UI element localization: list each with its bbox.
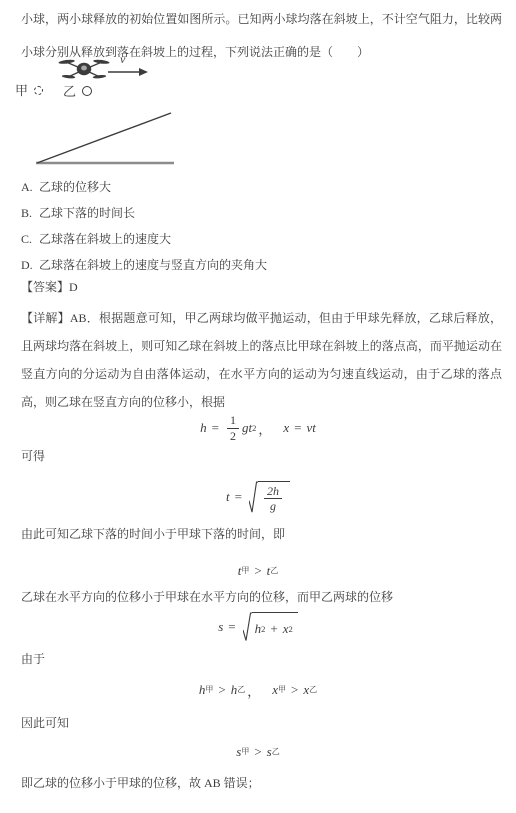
math-var: x bbox=[283, 621, 289, 637]
option-b-text: 乙球下落的时间长 bbox=[39, 206, 135, 220]
explanation-text: AB．根据题意可知，甲乙两球均做平抛运动，但由于甲球先释放，乙球后释放，且两球均… bbox=[21, 311, 502, 409]
ball-a-icon bbox=[34, 86, 43, 95]
fraction: 2h g bbox=[264, 484, 282, 514]
question-intro-text: 小球，两小球释放的初始位置如图所示。已知两小球均落在斜坡上，不计空气阻力，比较两… bbox=[21, 12, 502, 59]
text-youyu: 由于 bbox=[21, 652, 45, 666]
velocity-label: v bbox=[120, 53, 125, 65]
radical: 2h g bbox=[249, 481, 290, 514]
text-kede: 可得 bbox=[21, 449, 45, 463]
text-yinci: 因此可知 bbox=[21, 716, 69, 730]
option-c: C.乙球落在斜坡上的速度大 bbox=[21, 226, 502, 252]
text-conclusion: 即乙球的位移小于甲球的位移，故 AB 错误； bbox=[21, 776, 260, 790]
math-var: x bbox=[283, 420, 289, 436]
math-op: = bbox=[228, 619, 235, 635]
explanation-label: 【详解】 bbox=[21, 311, 70, 325]
text-time-compare: 由此可知乙球下落的时间小于甲球下落的时间，即 bbox=[21, 527, 285, 541]
math-var: s bbox=[267, 744, 272, 760]
formula-displacement: s = h2 + x2 bbox=[0, 612, 516, 642]
answer-label: 【答案】 bbox=[21, 280, 69, 294]
math-op: = bbox=[212, 420, 219, 436]
option-a-key: A. bbox=[21, 174, 39, 200]
radical-sign bbox=[249, 481, 258, 514]
physics-worksheet-page: 小球，两小球释放的初始位置如图所示。已知两小球均落在斜坡上，不计空气阻力，比较两… bbox=[0, 0, 516, 813]
math-var: s bbox=[218, 619, 223, 635]
option-d: D.乙球落在斜坡上的速度与竖直方向的夹角大 bbox=[21, 252, 502, 278]
math-var: vt bbox=[306, 420, 315, 436]
math-var: gt bbox=[242, 420, 252, 436]
option-d-text: 乙球落在斜坡上的速度与竖直方向的夹角大 bbox=[39, 258, 267, 272]
math-op: = bbox=[235, 489, 242, 505]
formula-hx-compare: h甲 > h乙 ， x甲 > x乙 bbox=[0, 677, 516, 703]
explanation-paragraph: 【详解】AB．根据题意可知，甲乙两球均做平抛运动，但由于甲球先释放，乙球后释放，… bbox=[21, 304, 502, 416]
math-op: = bbox=[294, 420, 301, 436]
option-b: B.乙球下落的时间长 bbox=[21, 200, 502, 226]
math-var: h bbox=[200, 420, 207, 436]
option-a-text: 乙球的位移大 bbox=[39, 180, 111, 194]
ball-a-label: 甲 bbox=[15, 84, 28, 98]
math-var: t bbox=[226, 489, 230, 505]
option-c-key: C. bbox=[21, 226, 39, 252]
answer-line: 【答案】D bbox=[21, 279, 78, 295]
math-op: + bbox=[270, 621, 277, 637]
option-d-key: D. bbox=[21, 252, 39, 278]
velocity-arrow bbox=[108, 64, 148, 78]
drone-icon bbox=[57, 56, 111, 82]
ball-b-icon bbox=[82, 86, 92, 96]
radical-sign bbox=[243, 612, 252, 642]
answer-value: D bbox=[69, 280, 78, 294]
formula-time-compare: t甲 > t乙 bbox=[0, 558, 516, 584]
radical: h2 + x2 bbox=[243, 612, 298, 642]
option-a: A.乙球的位移大 bbox=[21, 174, 502, 200]
option-c-text: 乙球落在斜坡上的速度大 bbox=[39, 232, 171, 246]
slope-diagram bbox=[28, 106, 178, 168]
fraction: 1 2 bbox=[227, 413, 239, 443]
formula-projectile: h = 1 2 gt2 ， x = vt bbox=[0, 407, 516, 449]
math-op: > bbox=[254, 744, 261, 760]
formula-fall-time: t = 2h g bbox=[0, 474, 516, 520]
option-list: A.乙球的位移大 B.乙球下落的时间长 C.乙球落在斜坡上的速度大 D.乙球落在… bbox=[21, 174, 502, 278]
ball-b-label: 乙 bbox=[63, 85, 76, 99]
math-op: > bbox=[218, 682, 225, 698]
incline-line bbox=[37, 113, 171, 163]
math-op: > bbox=[254, 563, 261, 579]
option-b-key: B. bbox=[21, 200, 39, 226]
math-op: > bbox=[291, 682, 298, 698]
math-separator: ， bbox=[258, 419, 271, 438]
text-displacement: 乙球在水平方向的位移小于甲球在水平方向的位移，而甲乙两球的位移 bbox=[21, 590, 393, 604]
formula-s-compare: s甲 > s乙 bbox=[0, 739, 516, 765]
math-separator: ， bbox=[247, 681, 260, 700]
